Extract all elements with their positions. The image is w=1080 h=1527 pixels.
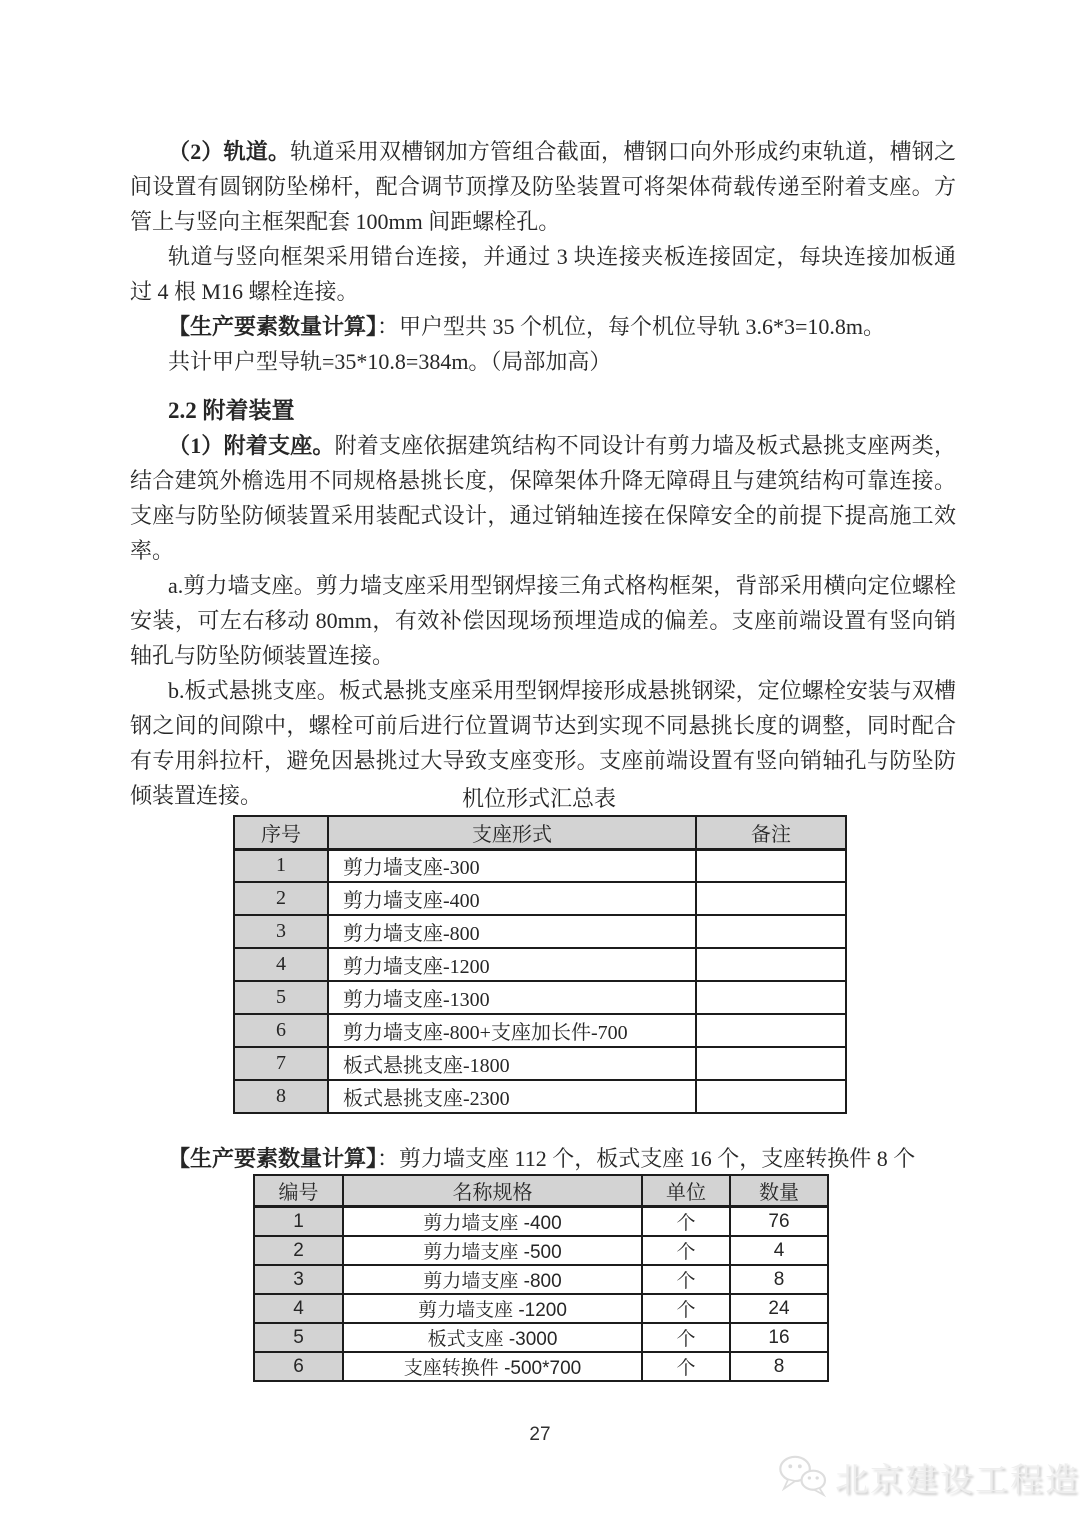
quantity-header-no: 编号 bbox=[254, 1175, 343, 1207]
cell-no: 2 bbox=[254, 1236, 343, 1265]
cell-name-spec: 板式支座 -3000 bbox=[343, 1323, 642, 1352]
watermark-text: 北京建设工程造价 bbox=[835, 1454, 1080, 1501]
paragraph-track-total: 共计甲户型导轨=35*10.8=384m。（局部加高） bbox=[130, 344, 956, 379]
paragraph-track-intro: （2）轨道。轨道采用双槽钢加方管组合截面，槽钢口向外形成约束轨道，槽钢之间设置有… bbox=[130, 134, 956, 239]
cell-no: 7 bbox=[234, 1047, 328, 1080]
cell-support-form: 剪力墙支座-800 bbox=[328, 915, 696, 948]
table-row: 5 剪力墙支座-1300 bbox=[234, 981, 846, 1014]
quantity-header-name: 名称规格 bbox=[343, 1175, 642, 1207]
cell-note bbox=[696, 981, 846, 1014]
table-row: 6 支座转换件 -500*700 个 8 bbox=[254, 1352, 828, 1381]
table-row: 5 板式支座 -3000 个 16 bbox=[254, 1323, 828, 1352]
cell-no: 1 bbox=[254, 1207, 343, 1237]
summary-table-title: 机位形式汇总表 bbox=[233, 786, 845, 812]
table-row: 4 剪力墙支座-1200 bbox=[234, 948, 846, 981]
cell-no: 3 bbox=[234, 915, 328, 948]
table-row: 7 板式悬挑支座-1800 bbox=[234, 1047, 846, 1080]
cell-support-form: 剪力墙支座-300 bbox=[328, 849, 696, 882]
document-page: （2）轨道。轨道采用双槽钢加方管组合截面，槽钢口向外形成约束轨道，槽钢之间设置有… bbox=[0, 0, 1080, 1527]
paragraph-lead: （2）轨道。 bbox=[168, 139, 290, 164]
quantity-table-header-row: 编号 名称规格 单位 数量 bbox=[254, 1175, 828, 1207]
quantity-table: 编号 名称规格 单位 数量 1 剪力墙支座 -400 个 76 2 剪力墙支座 … bbox=[253, 1174, 829, 1382]
cell-support-form: 剪力墙支座-400 bbox=[328, 882, 696, 915]
cell-quantity: 24 bbox=[730, 1294, 828, 1323]
quantity-header-unit: 单位 bbox=[642, 1175, 730, 1207]
paragraph-text: ：甲户型共 35 个机位，每个机位导轨 3.6*3=10.8m。 bbox=[377, 314, 885, 339]
wechat-icon bbox=[776, 1452, 828, 1503]
summary-header-no: 序号 bbox=[234, 816, 328, 849]
cell-support-form: 板式悬挑支座-1800 bbox=[328, 1047, 696, 1080]
cell-name-spec: 支座转换件 -500*700 bbox=[343, 1352, 642, 1381]
cell-quantity: 8 bbox=[730, 1265, 828, 1294]
cell-note bbox=[696, 1047, 846, 1080]
paragraph-calc-track: 【生产要素数量计算】：甲户型共 35 个机位，每个机位导轨 3.6*3=10.8… bbox=[130, 309, 956, 344]
cell-support-form: 剪力墙支座-1300 bbox=[328, 981, 696, 1014]
cell-note bbox=[696, 915, 846, 948]
summary-header-note: 备注 bbox=[696, 816, 846, 849]
cell-unit: 个 bbox=[642, 1236, 730, 1265]
cell-no: 2 bbox=[234, 882, 328, 915]
table-row: 2 剪力墙支座-400 bbox=[234, 882, 846, 915]
paragraph-track-connection: 轨道与竖向框架采用错台连接，并通过 3 块连接夹板连接固定，每块连接加板通过 4… bbox=[130, 239, 956, 309]
table-row: 8 板式悬挑支座-2300 bbox=[234, 1080, 846, 1113]
table-row: 2 剪力墙支座 -500 个 4 bbox=[254, 1236, 828, 1265]
cell-unit: 个 bbox=[642, 1352, 730, 1381]
cell-no: 3 bbox=[254, 1265, 343, 1294]
cell-quantity: 4 bbox=[730, 1236, 828, 1265]
paragraph-calc-supports: 【生产要素数量计算】：剪力墙支座 112 个，板式支座 16 个，支座转换件 8… bbox=[130, 1141, 956, 1176]
table-row: 4 剪力墙支座 -1200 个 24 bbox=[254, 1294, 828, 1323]
table-row: 1 剪力墙支座 -400 个 76 bbox=[254, 1207, 828, 1237]
paragraph-shearwall-support: a.剪力墙支座。剪力墙支座采用型钢焊接三角式格构框架，背部采用横向定位螺栓安装，… bbox=[130, 568, 956, 673]
cell-quantity: 16 bbox=[730, 1323, 828, 1352]
table-row: 1 剪力墙支座-300 bbox=[234, 849, 846, 882]
quantity-header-qty: 数量 bbox=[730, 1175, 828, 1207]
cell-unit: 个 bbox=[642, 1207, 730, 1237]
cell-note bbox=[696, 948, 846, 981]
cell-quantity: 8 bbox=[730, 1352, 828, 1381]
cell-quantity: 76 bbox=[730, 1207, 828, 1237]
cell-unit: 个 bbox=[642, 1294, 730, 1323]
cell-note bbox=[696, 1014, 846, 1047]
cell-name-spec: 剪力墙支座 -400 bbox=[343, 1207, 642, 1237]
cell-unit: 个 bbox=[642, 1265, 730, 1294]
cell-unit: 个 bbox=[642, 1323, 730, 1352]
cell-note bbox=[696, 882, 846, 915]
cell-no: 6 bbox=[254, 1352, 343, 1381]
cell-no: 6 bbox=[234, 1014, 328, 1047]
cell-name-spec: 剪力墙支座 -800 bbox=[343, 1265, 642, 1294]
cell-no: 5 bbox=[254, 1323, 343, 1352]
page-number: 27 bbox=[0, 1424, 1080, 1446]
cell-no: 8 bbox=[234, 1080, 328, 1113]
cell-support-form: 剪力墙支座-800+支座加长件-700 bbox=[328, 1014, 696, 1047]
cell-support-form: 剪力墙支座-1200 bbox=[328, 948, 696, 981]
cell-note bbox=[696, 849, 846, 882]
body-text-column: （2）轨道。轨道采用双槽钢加方管组合截面，槽钢口向外形成约束轨道，槽钢之间设置有… bbox=[130, 134, 956, 813]
cell-name-spec: 剪力墙支座 -500 bbox=[343, 1236, 642, 1265]
paragraph-attach-support: （1）附着支座。附着支座依据建筑结构不同设计有剪力墙及板式悬挑支座两类，结合建筑… bbox=[130, 428, 956, 568]
paragraph-lead: （1）附着支座。 bbox=[168, 433, 335, 458]
section-heading: 2.2 附着装置 bbox=[130, 393, 956, 428]
cell-support-form: 板式悬挑支座-2300 bbox=[328, 1080, 696, 1113]
cell-no: 5 bbox=[234, 981, 328, 1014]
cell-no: 4 bbox=[234, 948, 328, 981]
summary-table-header-row: 序号 支座形式 备注 bbox=[234, 816, 846, 849]
paragraph-lead: 【生产要素数量计算】 bbox=[168, 1146, 377, 1171]
cell-no: 4 bbox=[254, 1294, 343, 1323]
table-row: 3 剪力墙支座 -800 个 8 bbox=[254, 1265, 828, 1294]
cell-no: 1 bbox=[234, 849, 328, 882]
paragraph-lead: 【生产要素数量计算】 bbox=[168, 314, 377, 339]
summary-table-section: 机位形式汇总表 序号 支座形式 备注 1 剪力墙支座-300 bbox=[233, 786, 845, 1114]
cell-name-spec: 剪力墙支座 -1200 bbox=[343, 1294, 642, 1323]
summary-header-form: 支座形式 bbox=[328, 816, 696, 849]
paragraph-text: ：剪力墙支座 112 个，板式支座 16 个，支座转换件 8 个 bbox=[377, 1146, 915, 1171]
cell-note bbox=[696, 1080, 846, 1113]
watermark: 北京建设工程造价 bbox=[776, 1452, 1080, 1502]
table-row: 6 剪力墙支座-800+支座加长件-700 bbox=[234, 1014, 846, 1047]
table-row: 3 剪力墙支座-800 bbox=[234, 915, 846, 948]
summary-table: 序号 支座形式 备注 1 剪力墙支座-300 2 剪力墙支座-400 bbox=[233, 815, 847, 1114]
